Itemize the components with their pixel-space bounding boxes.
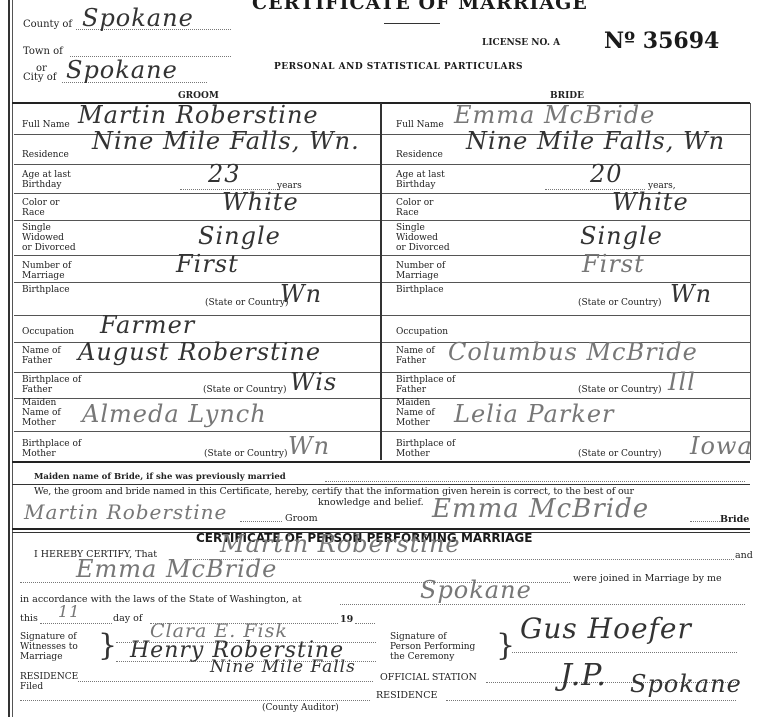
form-row-rule <box>14 398 380 399</box>
form-row-rule <box>14 282 380 283</box>
certify-text-2: knowledge and belief. <box>318 498 424 508</box>
performer-label-2: Person Performing <box>390 642 475 652</box>
groom-father-bp-label-2: Father <box>22 385 52 395</box>
groom-color-label: Color orRace <box>22 198 60 218</box>
day-of-label: day of <box>113 614 142 624</box>
residence-line <box>446 700 736 701</box>
city-label: City of <box>23 73 56 83</box>
form-row-rule <box>14 164 380 165</box>
groom-occupation-label: Occupation <box>22 327 74 337</box>
bride-num-marriage-label-1: Number of <box>396 261 445 271</box>
groom-mother-label-3: Mother <box>22 418 56 428</box>
groom-age-label-1: Age at last <box>22 170 71 180</box>
groom-color-label-1: Color or <box>22 198 60 208</box>
groom-num-marriage-label-2: Marriage <box>22 271 65 281</box>
groom-mother-bp-label-1: Birthplace of <box>22 439 81 449</box>
maiden-name-line <box>325 481 745 482</box>
groom-birthplace: Wn <box>280 280 322 308</box>
left-border <box>8 0 10 717</box>
place-line <box>340 604 745 605</box>
bride-age-label-2: Birthday <box>396 180 435 190</box>
bride-father-label-2: Father <box>396 356 426 366</box>
bride-status-label-2: Widowed <box>396 233 438 243</box>
witness-residence: Nine Mile Falls <box>210 657 356 677</box>
bride-signature-label: Bride <box>720 514 749 525</box>
joined-label: were joined in Marriage by me <box>573 574 722 584</box>
officiant-day: 11 <box>58 602 80 621</box>
groom-signature-line <box>240 521 282 522</box>
bride-mother-bp-label-1: Birthplace of <box>396 439 455 449</box>
witness-label-2: Witnesses to <box>20 642 78 652</box>
groom-status-label-1: Single <box>22 223 51 233</box>
form-row-rule <box>14 315 380 316</box>
bride-mother-bp: Iowa <box>690 432 753 460</box>
bride-occupation-label: Occupation <box>396 327 448 337</box>
bride-father-bp-state-label: (State or Country) <box>578 385 661 395</box>
bride-num-marriage: First <box>582 250 645 278</box>
bride-father-label: Name ofFather <box>396 346 435 366</box>
bride-fullname-label: Full Name <box>396 120 444 130</box>
groom-mother-bp-state-label: (State or Country) <box>204 449 287 459</box>
form-row-rule <box>382 164 750 165</box>
filed-residence-label: RESIDENCEFiled <box>20 672 78 692</box>
form-row-rule <box>382 398 750 399</box>
groom-occupation: Farmer <box>100 311 195 339</box>
bride-father-bp-label: Birthplace ofFather <box>396 375 455 395</box>
groom-father-label-1: Name of <box>22 346 61 356</box>
form-row-rule <box>14 220 380 221</box>
groom-status: Single <box>198 222 281 250</box>
official-station-label: OFFICIAL STATION <box>380 673 477 683</box>
certificate-title: CERTIFICATE OF MARRIAGE <box>252 0 588 14</box>
county-auditor-label: (County Auditor) <box>262 703 339 713</box>
form-row-rule <box>382 193 750 194</box>
bride-status: Single <box>580 222 663 250</box>
officiant-place: Spokane <box>420 576 532 604</box>
bride-birthplace-label: Birthplace <box>396 285 444 295</box>
groom-father-bp-label: Birthplace ofFather <box>22 375 81 395</box>
bride-mother-label: MaidenName ofMother <box>396 398 435 428</box>
groom-mother-bp-label: Birthplace ofMother <box>22 439 81 459</box>
bride-father-bp-label-1: Birthplace of <box>396 375 455 385</box>
groom-num-marriage-label: Number ofMarriage <box>22 261 71 281</box>
groom-num-marriage: First <box>176 250 239 278</box>
groom-fullname: Martin Roberstine <box>78 101 319 129</box>
section-subtitle: PERSONAL AND STATISTICAL PARTICULARS <box>274 62 523 72</box>
license-label: LICENSE NO. A <box>482 38 560 48</box>
groom-residence-label: Residence <box>22 150 69 160</box>
performer-line <box>512 652 737 653</box>
form-row-rule <box>14 193 380 194</box>
bride-birthplace: Wn <box>670 280 712 308</box>
bride-age: 20 <box>590 160 623 188</box>
bride-age-label: Age at lastBirthday <box>396 170 445 190</box>
groom-father-bp-state-label: (State or Country) <box>203 385 286 395</box>
bride-residence: Nine Mile Falls, Wn <box>466 127 725 155</box>
bride-residence-label: Residence <box>396 150 443 160</box>
county-label: County of <box>23 20 72 30</box>
performer-label-1: Signature of <box>390 632 447 642</box>
bride-mother-bp-state-label: (State or Country) <box>578 449 661 459</box>
residence-label: RESIDENCE <box>376 691 437 701</box>
bride-status-label-3: or Divorced <box>396 243 450 253</box>
officiant-residence: Spokane <box>630 670 742 698</box>
right-border <box>750 103 751 460</box>
form-row-rule <box>382 255 750 256</box>
filed-residence-line <box>78 681 373 682</box>
groom-signature-label: Groom <box>285 514 318 524</box>
bride-mother-label-3: Mother <box>396 418 430 428</box>
groom-status-label-2: Widowed <box>22 233 64 243</box>
auditor-line <box>20 700 370 701</box>
groom-age-label-2: Birthday <box>22 180 61 190</box>
performer-brace: } <box>496 628 515 663</box>
bride-mother-label-1: Maiden <box>396 398 430 408</box>
groom-birthplace-state-label: (State or Country) <box>205 298 288 308</box>
form-row-rule <box>382 315 750 316</box>
groom-father-bp: Wis <box>290 368 337 396</box>
groom-heading: GROOM <box>178 91 219 101</box>
groom-father-bp-label-1: Birthplace of <box>22 375 81 385</box>
form-row-rule <box>382 220 750 221</box>
county-value: Spokane <box>82 4 194 32</box>
performer-signature: Gus Hoefer <box>520 612 692 645</box>
witness-label: Signature ofWitnesses toMarriage <box>20 632 78 662</box>
bride-father-label-1: Name of <box>396 346 435 356</box>
witness-brace: } <box>98 628 117 663</box>
city-value: Spokane <box>66 56 178 84</box>
maiden-name-label: Maiden name of Bride, if she was previou… <box>34 472 286 482</box>
bride-father-bp-label-2: Father <box>396 385 426 395</box>
bride-num-marriage-label-2: Marriage <box>396 271 439 281</box>
groom-birthplace-label: Birthplace <box>22 285 70 295</box>
groom-mother-bp-label-2: Mother <box>22 449 56 459</box>
groom-mother: Almeda Lynch <box>82 400 267 428</box>
license-number: Nº 35694 <box>604 28 719 54</box>
bride-fullname: Emma McBride <box>454 101 655 129</box>
bride-color-label-1: Color or <box>396 198 434 208</box>
bride-color-label-2: Race <box>396 208 419 218</box>
bride-mother-label-2: Name of <box>396 408 435 418</box>
groom-mother-label-2: Name of <box>22 408 61 418</box>
town-label: Town of <box>23 47 63 57</box>
groom-fullname-label: Full Name <box>22 120 70 130</box>
this-label: this <box>20 614 38 624</box>
officiant-name-2: Emma McBride <box>76 555 277 583</box>
bride-signature-line <box>690 521 720 522</box>
groom-status-label: SingleWidowedor Divorced <box>22 223 76 253</box>
bride-status-label: SingleWidowedor Divorced <box>396 223 450 253</box>
performer-label: Signature ofPerson Performingthe Ceremon… <box>390 632 475 662</box>
bride-color: White <box>612 188 689 216</box>
groom-status-label-3: or Divorced <box>22 243 76 253</box>
groom-age-label: Age at lastBirthday <box>22 170 71 190</box>
bride-birthplace-state-label: (State or Country) <box>578 298 661 308</box>
bride-father: Columbus McBride <box>448 338 698 366</box>
groom-age: 23 <box>208 160 241 188</box>
and-label: and <box>735 551 753 561</box>
groom-color-label-2: Race <box>22 208 45 218</box>
groom-signature: Martin Roberstine <box>24 500 227 524</box>
officiant-name-1: Martin Roberstine <box>220 530 461 558</box>
groom-residence: Nine Mile Falls, Wn. <box>92 127 360 155</box>
bride-father-bp: Ill <box>668 368 696 396</box>
day-line <box>40 623 112 624</box>
witness-label-3: Marriage <box>20 652 63 662</box>
year-prefix: 19 <box>340 614 353 625</box>
groom-mother-label: MaidenName ofMother <box>22 398 61 428</box>
bride-status-label-1: Single <box>396 223 425 233</box>
groom-father-label: Name ofFather <box>22 346 61 366</box>
witness-label-1: Signature of <box>20 632 77 642</box>
groom-mother-label-1: Maiden <box>22 398 56 408</box>
groom-father: August Roberstine <box>78 338 321 366</box>
bride-mother-bp-label: Birthplace ofMother <box>396 439 455 459</box>
bride-age-label-1: Age at last <box>396 170 445 180</box>
bride-signature: Emma McBride <box>432 494 649 524</box>
declaration-rule <box>12 484 750 485</box>
title-rule <box>384 23 440 24</box>
groom-father-label-2: Father <box>22 356 52 366</box>
bride-color-label: Color orRace <box>396 198 434 218</box>
groom-mother-bp: Wn <box>288 432 330 460</box>
bride-num-marriage-label: Number ofMarriage <box>396 261 445 281</box>
performer-label-3: the Ceremony <box>390 652 454 662</box>
left-border-inner <box>12 0 13 717</box>
bride-mother: Lelia Parker <box>454 400 615 428</box>
groom-color: White <box>222 188 299 216</box>
filed-label: Filed <box>20 682 43 692</box>
bride-mother-bp-label-2: Mother <box>396 449 430 459</box>
groom-num-marriage-label-1: Number of <box>22 261 71 271</box>
year-line <box>355 623 375 624</box>
official-station: J.P. <box>560 658 607 693</box>
section-rule-1 <box>12 461 750 463</box>
bride-heading: BRIDE <box>550 91 584 101</box>
filed-residence-label-1: RESIDENCE <box>20 672 78 682</box>
